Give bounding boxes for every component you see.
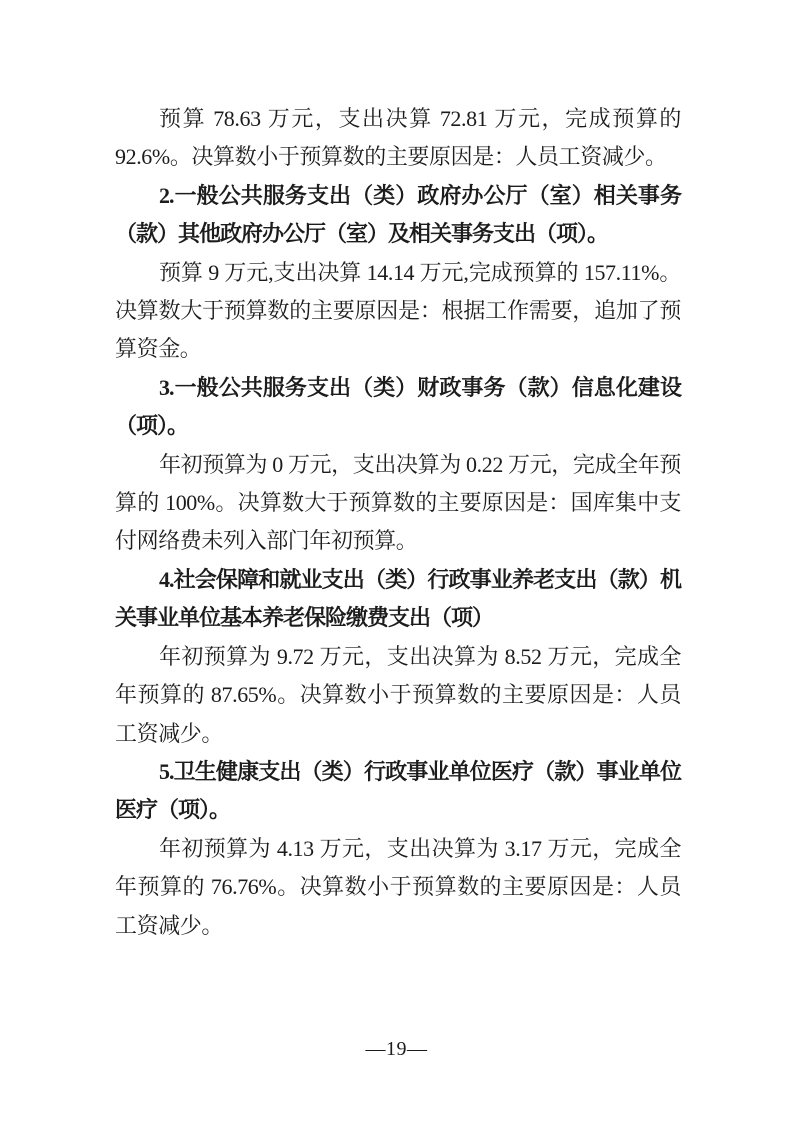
page-body-text: 预算 78.63 万元，支出决算 72.81 万元，完成预算的 92.6%。决算… [115,100,681,945]
body-paragraph-4: 年初预算为 9.72 万元，支出决算为 8.52 万元，完成全年预算的 87.6… [115,638,681,753]
body-paragraph-5: 年初预算为 4.13 万元，支出决算为 3.17 万元，完成全年预算的 76.7… [115,830,681,945]
document-page: 预算 78.63 万元，支出决算 72.81 万元，完成预算的 92.6%。决算… [0,0,793,1122]
section-heading-2: 2.一般公共服务支出（类）政府办公厅（室）相关事务（款）其他政府办公厅（室）及相… [115,177,681,254]
body-paragraph-2: 预算 9 万元,支出决算 14.14 万元,完成预算的 157.11%。决算数大… [115,254,681,369]
page-number: —19— [0,1036,793,1062]
section-heading-3: 3.一般公共服务支出（类）财政事务（款）信息化建设（项）。 [115,369,681,446]
section-heading-4: 4.社会保障和就业支出（类）行政事业养老支出（款）机关事业单位基本养老保险缴费支… [115,561,681,638]
body-paragraph-3: 年初预算为 0 万元，支出决算为 0.22 万元，完成全年预算的 100%。决算… [115,446,681,561]
body-paragraph-1: 预算 78.63 万元，支出决算 72.81 万元，完成预算的 92.6%。决算… [115,100,681,177]
section-heading-5: 5.卫生健康支出（类）行政事业单位医疗（款）事业单位医疗（项）。 [115,753,681,830]
